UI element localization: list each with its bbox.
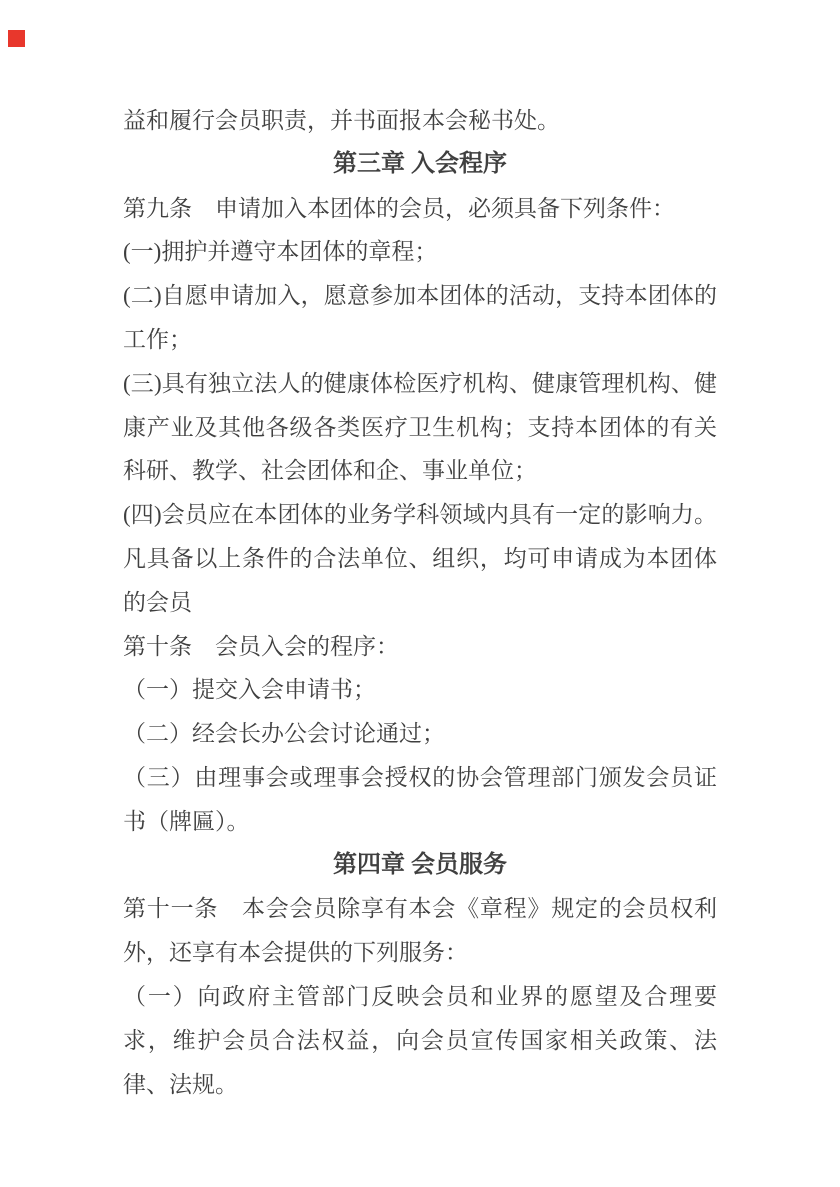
article-9: 第九条 申请加入本团体的会员，必须具备下列条件： — [123, 187, 717, 231]
chapter-4-heading: 第四章 会员服务 — [123, 844, 717, 888]
chapter-3-heading: 第三章 入会程序 — [123, 143, 717, 187]
article-9-item-2: (二)自愿申请加入，愿意参加本团体的活动，支持本团体的工作； — [123, 274, 717, 362]
article-10-item-1: （一）提交入会申请书； — [123, 668, 717, 712]
document-page: 益和履行会员职责，并书面报本会秘书处。 第三章 入会程序 第九条 申请加入本团体… — [0, 0, 840, 1187]
red-square-marker — [8, 30, 25, 47]
continuation-paragraph: 益和履行会员职责，并书面报本会秘书处。 — [123, 99, 717, 143]
article-9-item-1: (一)拥护并遵守本团体的章程； — [123, 230, 717, 274]
article-9-item-3: (三)具有独立法人的健康体检医疗机构、健康管理机构、健康产业及其他各级各类医疗卫… — [123, 362, 717, 493]
article-10-item-3: （三）由理事会或理事会授权的协会管理部门颁发会员证书（牌匾）。 — [123, 756, 717, 844]
article-9-item-4: (四)会员应在本团体的业务学科领域内具有一定的影响力。凡具备以上条件的合法单位、… — [123, 493, 717, 624]
article-10: 第十条 会员入会的程序： — [123, 625, 717, 669]
article-11-item-1: （一）向政府主管部门反映会员和业界的愿望及合理要求，维护会员合法权益，向会员宣传… — [123, 975, 717, 1106]
document-content: 益和履行会员职责，并书面报本会秘书处。 第三章 入会程序 第九条 申请加入本团体… — [123, 99, 717, 1106]
article-10-item-2: （二）经会长办公会讨论通过； — [123, 712, 717, 756]
article-11: 第十一条 本会会员除享有本会《章程》规定的会员权利外，还享有本会提供的下列服务： — [123, 887, 717, 975]
